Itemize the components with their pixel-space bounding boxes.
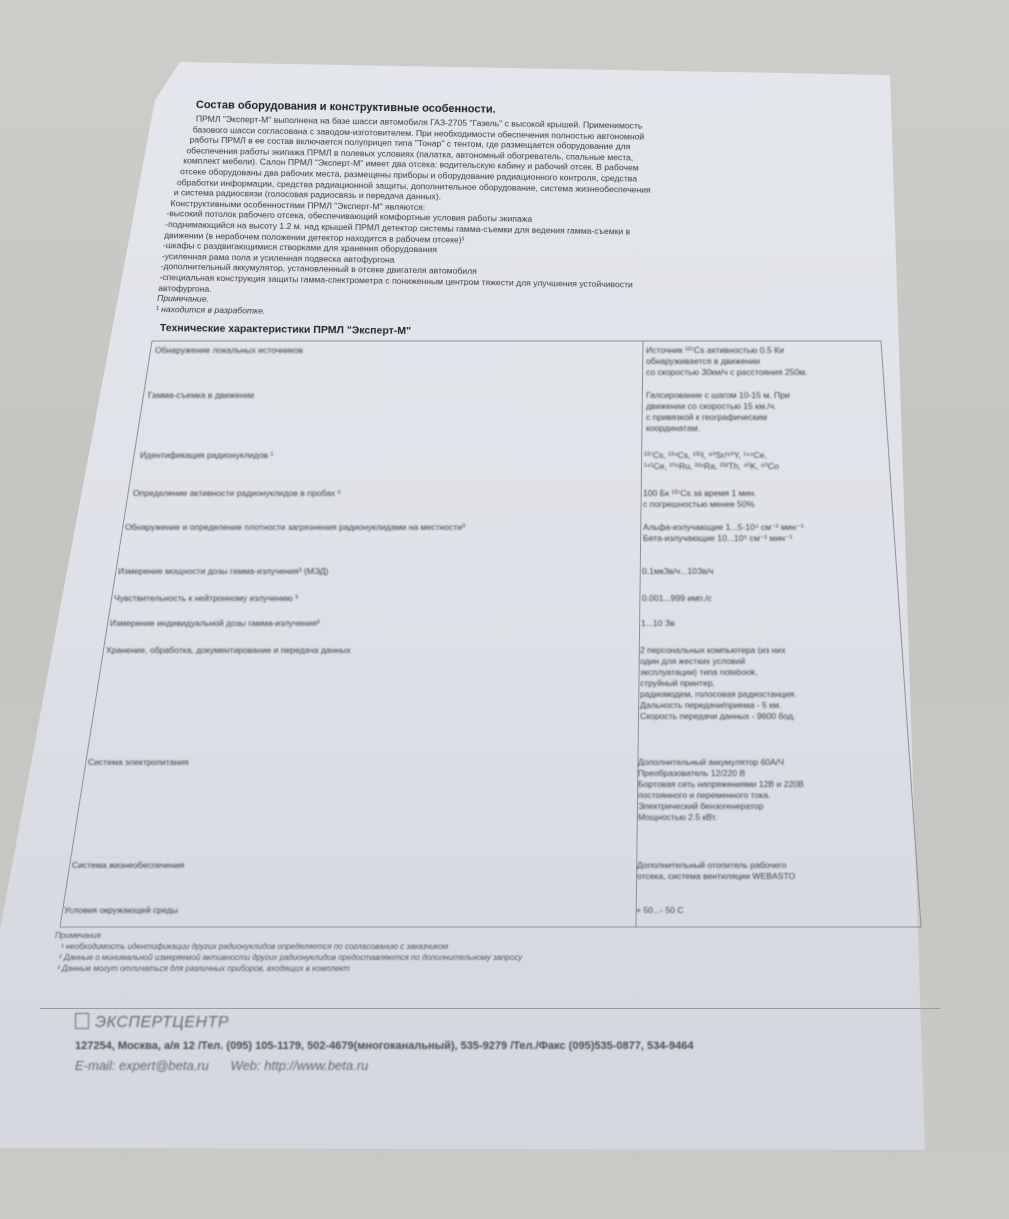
logo-text: ЭКСПЕРТЦЕНТР	[95, 1014, 229, 1031]
spec-param: Определение активности радионуклидов в п…	[133, 488, 340, 499]
spec-value: Галсирование с шагом 10-15 м. При движен…	[646, 390, 790, 434]
spec-value: ¹³⁷Cs, ¹³⁴Cs, ¹³¹I, ⁹⁰Sr/⁹⁰Y, ¹⁴⁴Ce, ¹⁴¹…	[644, 450, 779, 472]
spec-param: Идентификация радионуклидов ¹	[140, 450, 273, 461]
spec-param: Гамма-съемка в движении	[148, 390, 254, 401]
spec-value: + 50...- 50 С	[636, 905, 684, 916]
spec-param: Обнаружение и определение плотности загр…	[125, 522, 465, 533]
logo-mark-icon	[75, 1013, 89, 1029]
spec-param: Хранение, обработка, документирование и …	[106, 645, 351, 656]
spec-value: 2 персональных компьютера (из них один д…	[640, 645, 797, 722]
footer-address: 127254, Москва, а/я 12 /Тел. (095) 105-1…	[75, 1040, 693, 1052]
spec-value: 0.1мкЗв/ч...10Зв/ч	[642, 566, 714, 577]
footer-contacts: E-mail: expert@beta.ru Web: http://www.b…	[75, 1058, 368, 1073]
notes: Примечания¹ необходимость идентификации …	[55, 930, 855, 974]
spec-value: 0.001...999 имп./с	[642, 593, 712, 604]
spec-value: Источник ¹³⁷Cs активностью 0.5 Ки обнару…	[646, 345, 807, 378]
footer-divider	[40, 1008, 940, 1009]
table-lines	[0, 0, 1009, 1219]
spec-value: Дополнительный отопитель рабочего отсека…	[637, 860, 795, 882]
spec-param: Условия окружающей среды	[64, 905, 178, 916]
spec-param: Измерение индивидуальной дозы гамма-излу…	[110, 618, 320, 629]
spec-value: Дополнительный аккумулятор 60А/Ч Преобра…	[638, 757, 804, 823]
note-item: ² Данные о минимальной измеряемой активн…	[59, 952, 855, 963]
spec-value: Альфа-излучающие 1...5·10⁴ см⁻² мин⁻¹ Бе…	[643, 522, 804, 544]
note-item: ³ Данные могут отличаться для различных …	[57, 963, 855, 974]
spec-param: Система электропитания	[88, 757, 189, 768]
company-logo: ЭКСПЕРТЦЕНТР	[75, 1013, 229, 1032]
notes-title: Примечания	[55, 930, 855, 941]
spec-value: 100 Бк ¹³⁷Cs за время 1 мин. с погрешнос…	[643, 488, 756, 510]
spec-param: Измерение мощности дозы гамма-излучения³…	[118, 566, 328, 577]
spec-param: Система жизнеобеспечения	[72, 860, 184, 871]
spec-value: 1...10 Зв	[641, 618, 675, 629]
spec-param: Обнаружение локальных источников	[155, 345, 303, 356]
spec-param: Чувствительность к нейтронному излучению…	[114, 593, 298, 604]
note-item: ¹ необходимость идентификации других рад…	[61, 941, 855, 952]
